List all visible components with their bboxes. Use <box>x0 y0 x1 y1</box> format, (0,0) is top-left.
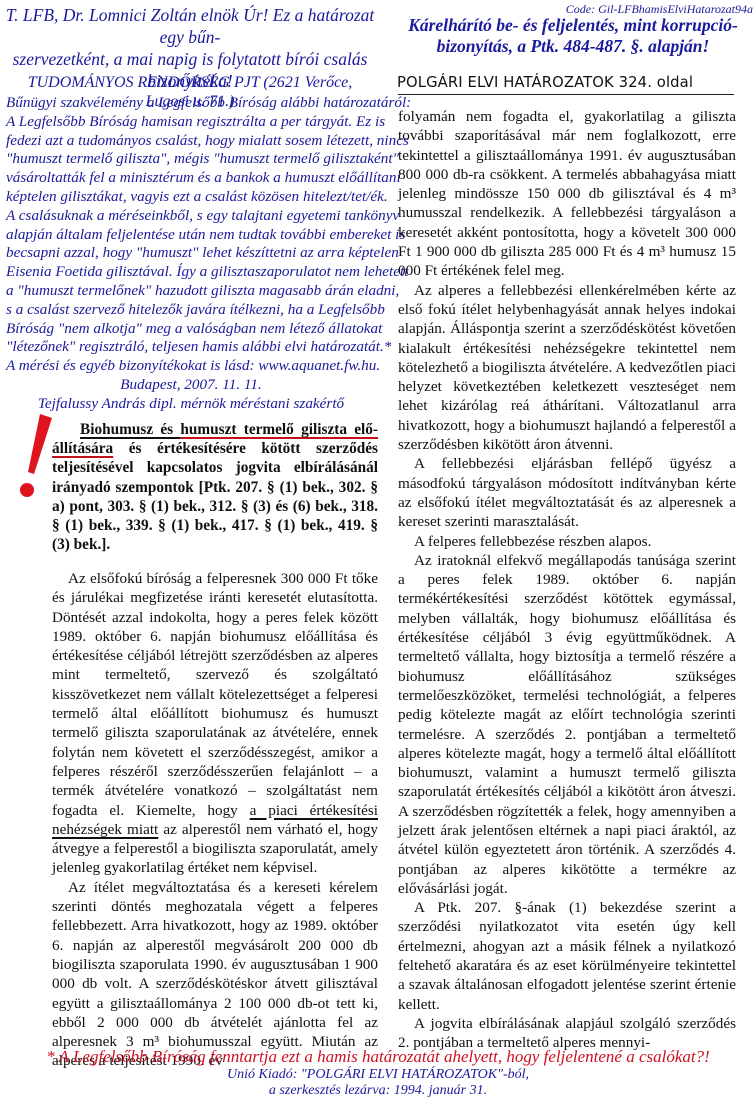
expert-line: Eisenia Foetida gilisztával. Így a gilis… <box>6 263 376 282</box>
header-right-title: Kárelhárító be- és feljelentés, mint kor… <box>392 15 754 57</box>
expert-signature: Tejfalussy András dipl. mérnök méréstani… <box>6 395 376 414</box>
expert-line: fedezi azt a tudományos csalást, hogy mi… <box>6 132 376 151</box>
paragraph: A fellebbezési eljárásban fellépő ügyész… <box>398 454 736 531</box>
expert-line: A Legfelsőbb Bíróság hamisan regisztrált… <box>6 113 376 132</box>
paragraph: Az iratoknál elfekvő megállapodás tanúsá… <box>398 551 736 898</box>
footer-source: Unió Kiadó: "POLGÁRI ELVI HATÁROZATOK"-b… <box>0 1067 756 1099</box>
header-right-line-1: Kárelhárító be- és feljelentés, mint kor… <box>392 15 754 36</box>
expert-line: vásároltatták fel a minisztérum és a ban… <box>6 169 376 188</box>
header-right-line-2: bizonyítás, a Ptk. 484-487. §. alapján! <box>392 36 754 57</box>
right-column-body: folyamán nem fogadta el, gyakorlatilag a… <box>398 107 736 1053</box>
expert-line: becsapni azzal, hogy "humuszt" lehet kés… <box>6 244 376 263</box>
expert-line: alapján általam feljelentése után nem tu… <box>6 226 376 245</box>
expert-line: Bíróság "nem alkotja" meg a valóságban n… <box>6 320 376 339</box>
expert-line: A csalásuknak a méréseinkből, s egy tala… <box>6 207 376 226</box>
paragraph: Az alperes a fellebbezési ellenkérelmébe… <box>398 281 736 455</box>
footer-accusation: * A Legfelsőbb Bíróság fenntartja ezt a … <box>0 1047 756 1067</box>
text-span: Az elsőfokú bíróság a felperesnek 300 00… <box>52 570 378 819</box>
expert-line: Bűnügyi szakvélemény a Legfelsőbb Bírósá… <box>6 94 376 113</box>
paragraph: Az elsőfokú bíróság a felperesnek 300 00… <box>52 569 378 878</box>
expert-line: a "humuszt termelőnek" hazudott giliszta… <box>6 282 376 301</box>
expert-date: Budapest, 2007. 11. 11. <box>6 376 376 395</box>
expert-line: A mérési és egyéb bizonyítékokat is lásd… <box>6 357 376 376</box>
footer-closing-line: a szerkesztés lezárva: 1994. január 31. <box>0 1083 756 1099</box>
paragraph: folyamán nem fogadta el, gyakorlatilag a… <box>398 107 736 281</box>
document-code: Code: Gil-LFBhamisElviHatarozat94a <box>555 2 753 16</box>
expert-line: "létezőnek" regisztráló, teljesen hamis … <box>6 338 376 357</box>
book-page-title: POLGÁRI ELVI HATÁROZATOK 324. oldal <box>397 74 755 92</box>
paragraph: A Ptk. 207. §-ának (1) bekezdése szerint… <box>398 898 736 1014</box>
expert-line: "humuszt termelő giliszta", mégis "humus… <box>6 150 376 169</box>
paragraph: Az ítélet megváltoztatása és a kereseti … <box>52 878 378 1071</box>
left-column-body: Az elsőfokú bíróság a felperesnek 300 00… <box>52 569 378 1071</box>
footer-source-line: Unió Kiadó: "POLGÁRI ELVI HATÁROZATOK"-b… <box>0 1067 756 1083</box>
expert-opinion: Bűnügyi szakvélemény a Legfelsőbb Bírósá… <box>6 94 376 414</box>
paragraph: A felperes fellebbezése részben alapos. <box>398 532 736 551</box>
header-divider <box>398 94 734 95</box>
headnote-part-1: Biohumusz és <box>80 421 180 438</box>
expert-line: képtelen gilisztákat, vagyis ezt a csalá… <box>6 188 376 207</box>
exclamation-icon <box>18 412 54 502</box>
expert-line: s a csalást szervező hitelezők javára ít… <box>6 301 376 320</box>
ruling-headnote: Biohumusz és humuszt termelő giliszta el… <box>52 420 378 554</box>
header-left-line-1: T. LFB, Dr. Lomnici Zoltán elnök Úr! Ez … <box>4 4 376 48</box>
